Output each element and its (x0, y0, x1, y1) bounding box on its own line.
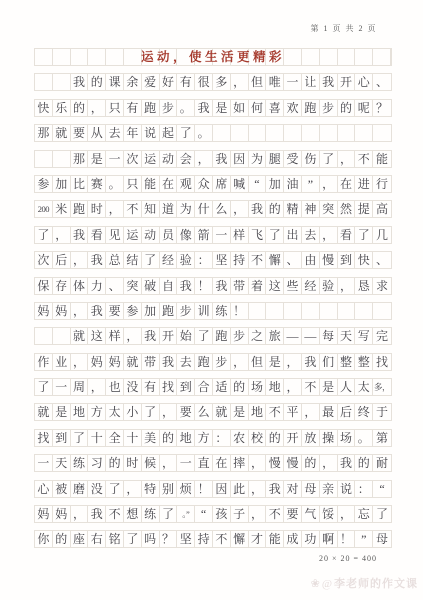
grid-cell: 动 (142, 227, 160, 243)
grid-cell: 候 (142, 455, 160, 471)
grid-cell: 着 (249, 278, 267, 294)
grid-cell: 亲 (320, 481, 338, 497)
grid-cell: 跑 (213, 328, 231, 344)
grid-cell: 我 (88, 303, 106, 319)
grid-cell: 油 (284, 176, 302, 192)
grid-cell: 验 (177, 252, 195, 268)
grid-cell: 看 (88, 227, 106, 243)
grid-cell: ， (231, 74, 249, 90)
essay-text-row: 那是一次运动会，我因为腿受伤了，不能 (34, 150, 392, 168)
grid-cell: 唯 (266, 74, 284, 90)
grid-cell: 一 (53, 379, 71, 395)
grid-cell: 起 (160, 125, 178, 141)
grid-cell: 我 (195, 100, 213, 116)
grid-cell: 但 (249, 354, 267, 370)
grid-cell: 场 (249, 379, 267, 395)
grid-cell: 由 (302, 252, 320, 268)
grid-cell: 就 (71, 328, 89, 344)
grid-cell: 我 (177, 278, 195, 294)
grid-cell: 了 (266, 227, 284, 243)
grid-cell: 是 (213, 100, 231, 116)
grid-cell (302, 125, 320, 141)
grid-cell: 要 (71, 125, 89, 141)
grid-cell: 是 (231, 404, 249, 420)
grid-cell: 到 (177, 379, 195, 395)
grid-cell: 跑 (302, 100, 320, 116)
composition-grid: 运动，使生活更精彩我的课余爱好有很多，但唯一让我开心、快乐的，只有跑步。我是如何… (34, 48, 392, 548)
grid-cell: 突 (320, 201, 338, 217)
grid-cell: 步 (231, 328, 249, 344)
grid-cell: 就 (124, 354, 142, 370)
grid-cell: 我 (213, 278, 231, 294)
grid-cell: 一 (106, 151, 124, 167)
grid-cell: ， (124, 481, 142, 497)
grid-cell: 摔 (231, 455, 249, 471)
grid-cell: ： (195, 252, 213, 268)
grid-cell: 平 (284, 404, 302, 420)
grid-cell: ， (284, 379, 302, 395)
grid-cell (213, 125, 231, 141)
grid-cell (320, 303, 338, 319)
essay-text-row: 200米跑时，不知道为什么，我的精神突然提高 (34, 200, 392, 218)
grid-cell: 次 (35, 252, 53, 268)
grid-cell: 比 (71, 176, 89, 192)
grid-cell: 开 (284, 430, 302, 446)
grid-cell: 我 (71, 227, 89, 243)
grid-cell: 有 (124, 100, 142, 116)
grid-cell: 习 (88, 455, 106, 471)
grid-cell: 作 (35, 354, 53, 370)
grid-cell: — (284, 328, 302, 344)
grid-cell: 会 (177, 151, 195, 167)
grid-cell: 为 (249, 151, 267, 167)
grid-cell: 员 (160, 227, 178, 243)
grid-cell: 也 (106, 379, 124, 395)
grid-cell: 在 (213, 455, 231, 471)
grid-cell: 一 (177, 455, 195, 471)
grid-cell (35, 74, 53, 90)
grid-cell: 对 (284, 481, 302, 497)
grid-cell: 带 (231, 278, 249, 294)
grid-cell: ， (249, 481, 267, 497)
grid-cell: 行 (373, 176, 391, 192)
flower-icon: ❀ (311, 578, 321, 590)
grid-cell: 、 (373, 252, 391, 268)
grid-cell: 要 (106, 303, 124, 319)
grid-cell: 恳 (355, 278, 373, 294)
grid-cell: 快 (355, 252, 373, 268)
grid-cell: 太 (355, 379, 373, 395)
grid-cell: 母 (302, 481, 320, 497)
grid-cell: 是 (266, 354, 284, 370)
grid-cell: 什 (195, 201, 213, 217)
grid-cell: ， (71, 252, 89, 268)
grid-cell (35, 328, 53, 344)
grid-cell: 懈 (266, 252, 284, 268)
grid-cell: 了 (35, 227, 53, 243)
grid-cell (284, 303, 302, 319)
grid-cell (53, 74, 71, 90)
grid-cell: 成 (284, 531, 302, 547)
grid-cell: ， (160, 404, 178, 420)
grid-cell: 何 (249, 100, 267, 116)
grid-cell: 慢 (320, 252, 338, 268)
grid-cell: 们 (320, 354, 338, 370)
grid-cell: 练 (213, 303, 231, 319)
grid-cell: 完 (373, 328, 391, 344)
grid-cell: 么 (213, 201, 231, 217)
grid-cell: 始 (177, 328, 195, 344)
grid-cell: 我 (71, 74, 89, 90)
grid-cell: 出 (284, 227, 302, 243)
grid-cell: 周 (71, 379, 89, 395)
grid-cell: 心 (355, 74, 373, 90)
grid-cell: 放 (302, 430, 320, 446)
grid-cell: ， (320, 176, 338, 192)
grid-cell: 了 (142, 252, 160, 268)
grid-cell: 懈 (231, 531, 249, 547)
grid-cell: 课 (106, 74, 124, 90)
grid-cell: 知 (142, 201, 160, 217)
grid-cell: 赛 (88, 176, 106, 192)
grid-cell: 带 (142, 354, 160, 370)
grid-cell (266, 125, 284, 141)
grid-cell: 慢 (266, 455, 284, 471)
grid-cell: 。 (106, 176, 124, 192)
grid-cell: ， (338, 278, 356, 294)
grid-cell: 经 (302, 278, 320, 294)
grid-cell: 神 (302, 201, 320, 217)
grid-cell: 到 (53, 430, 71, 446)
grid-cell: 不 (106, 506, 124, 522)
grid-cell: 天 (338, 328, 356, 344)
grid-cell: 总 (106, 252, 124, 268)
grid-cell: 保 (35, 278, 53, 294)
grid-cell: 、 (106, 278, 124, 294)
grid-cell: 子 (231, 506, 249, 522)
grid-cell: 腿 (266, 151, 284, 167)
grid-cell: ， (71, 506, 89, 522)
grid-cell: 后 (338, 404, 356, 420)
grid-cell: 能 (142, 176, 160, 192)
grid-cell: 持 (231, 252, 249, 268)
grid-cell: 太 (106, 404, 124, 420)
grid-cell: 步 (320, 100, 338, 116)
grid-cell: 十 (124, 430, 142, 446)
grid-cell (373, 125, 391, 141)
grid-cell: 看 (338, 227, 356, 243)
grid-cell (249, 125, 267, 141)
grid-cell: ， (88, 379, 106, 395)
grid-cell: 加 (53, 176, 71, 192)
grid-cell: 直 (195, 455, 213, 471)
grid-cell: ， (195, 151, 213, 167)
essay-text-row: 心被磨没了，特别烦！因此，我对母亲说：“ (34, 480, 392, 498)
grid-cell: 自 (160, 278, 178, 294)
grid-cell: 小 (124, 404, 142, 420)
grid-cell: 我 (142, 328, 160, 344)
grid-cell: 样 (231, 227, 249, 243)
grid-cell: 从 (88, 125, 106, 141)
essay-text-row: 找到了十全十美的地方：农校的开放操场。第 (34, 429, 392, 447)
grid-cell: 的 (266, 201, 284, 217)
grid-cell (35, 151, 53, 167)
grid-cell: 这 (266, 278, 284, 294)
grid-cell: 喜 (266, 100, 284, 116)
grid-cell: 到 (338, 252, 356, 268)
grid-cell: 的 (88, 74, 106, 90)
grid-cell: 了 (320, 151, 338, 167)
grid-cell: 了 (71, 430, 89, 446)
grid-cell: 我 (88, 506, 106, 522)
grid-cell: 跑 (160, 303, 178, 319)
grid-cell: 在 (338, 176, 356, 192)
grid-cell: 的 (338, 100, 356, 116)
grid-cell: 妈 (35, 303, 53, 319)
grid-cell: 经 (160, 252, 178, 268)
grid-cell (355, 125, 373, 141)
grid-cell: 别 (160, 481, 178, 497)
grid-cell: 妈 (53, 303, 71, 319)
grid-cell: 被 (53, 481, 71, 497)
grid-cell: 我 (88, 252, 106, 268)
essay-title: 运动，使生活更精彩 (35, 49, 391, 67)
grid-cell: 只 (124, 176, 142, 192)
grid-cell: ， (71, 303, 89, 319)
grid-cell: 座 (71, 531, 89, 547)
grid-cell: 后 (53, 252, 71, 268)
grid-cell: 功 (302, 531, 320, 547)
grid-cell: 那 (71, 151, 89, 167)
grid-cell: 箭 (195, 227, 213, 243)
grid-cell: 十 (88, 430, 106, 446)
grid-cell: ， (106, 201, 124, 217)
grid-cell: 找 (160, 379, 178, 395)
grid-cell: 场 (338, 430, 356, 446)
grid-cell: 于 (373, 404, 391, 420)
grid-cell: 的 (53, 531, 71, 547)
grid-cell: 好 (160, 74, 178, 90)
grid-cell: 慢 (284, 455, 302, 471)
grid-cell: 参 (35, 176, 53, 192)
grid-cell: 有 (142, 379, 160, 395)
grid-cell: 了 (35, 379, 53, 395)
grid-cell: 米 (53, 201, 71, 217)
grid-cell: 妈 (106, 354, 124, 370)
grid-cell: 席 (213, 176, 231, 192)
grid-cell: 忘 (355, 506, 373, 522)
grid-cell: 我 (249, 201, 267, 217)
grid-cell: 突 (124, 278, 142, 294)
grid-cell: 参 (124, 303, 142, 319)
grid-cell: 动 (160, 151, 178, 167)
grid-cell: 母 (373, 531, 391, 547)
grid-cell: 几 (373, 227, 391, 243)
grid-cell: 是 (53, 404, 71, 420)
grid-cell: 就 (35, 404, 53, 420)
grid-cell: 我 (213, 151, 231, 167)
grid-cell: 进 (355, 176, 373, 192)
essay-text-row: 我的课余爱好有很多，但唯一让我开心、 (34, 73, 392, 91)
grid-cell: ！ (195, 481, 213, 497)
grid-cell: 啊 (320, 531, 338, 547)
grid-cell: 的 (106, 455, 124, 471)
essay-text-row: 次后，我总结了经验：坚持不懈、由慢到快、 (34, 251, 392, 269)
grid-cell: 观 (177, 176, 195, 192)
grid-cell: 说 (142, 125, 160, 141)
grid-cell: 能 (266, 531, 284, 547)
grid-cell: 坚 (213, 252, 231, 268)
grid-cell: ， (302, 404, 320, 420)
essay-text-row: 快乐的，只有跑步。我是如何喜欢跑步的呢？ (34, 99, 392, 117)
grid-cell: 去 (177, 354, 195, 370)
grid-cell: 样 (106, 328, 124, 344)
at-icon: @ (322, 578, 333, 590)
essay-title-row: 运动，使生活更精彩 (34, 48, 392, 66)
grid-cell: ， (320, 455, 338, 471)
grid-cell: 飞 (249, 227, 267, 243)
grid-cell: 不 (213, 531, 231, 547)
grid-cell: 些 (284, 278, 302, 294)
grid-cell: 了 (106, 481, 124, 497)
grid-cell: 运 (124, 227, 142, 243)
grid-cell: 因 (231, 151, 249, 167)
grid-cell: 的 (302, 455, 320, 471)
grid-cell: ？ (373, 100, 391, 116)
grid-cell: 操 (320, 430, 338, 446)
grid-cell: ， (124, 328, 142, 344)
grid-cell: 没 (124, 379, 142, 395)
grid-cell: 校 (249, 430, 267, 446)
grid-cell: 在 (160, 176, 178, 192)
grid-cell: 我 (160, 354, 178, 370)
grid-cell: 时 (124, 455, 142, 471)
grid-cell: 磨 (71, 481, 89, 497)
grid-cell: 找 (373, 354, 391, 370)
grid-cell: ！ (195, 278, 213, 294)
grid-cell: 道 (160, 201, 178, 217)
grid-cell: 破 (142, 278, 160, 294)
grid-cell: 一 (284, 74, 302, 90)
grid-cell: 我 (320, 74, 338, 90)
grid-cell: ， (320, 227, 338, 243)
grid-cell: 整 (338, 354, 356, 370)
grid-cell: 这 (88, 328, 106, 344)
grid-cell: 跑 (142, 100, 160, 116)
grid-cell: 开 (338, 74, 356, 90)
grid-cell: 不 (266, 404, 284, 420)
grid-cell: 了 (355, 227, 373, 243)
grid-cell: 特 (142, 481, 160, 497)
grid-cell: 伤 (302, 151, 320, 167)
grid-cell: ， (231, 354, 249, 370)
grid-cell: 一 (35, 455, 53, 471)
grid-cell: 欢 (284, 100, 302, 116)
grid-cell (231, 125, 249, 141)
grid-cell: 人 (338, 379, 356, 395)
grid-cell: 我 (302, 354, 320, 370)
grid-cell: 了 (177, 125, 195, 141)
grid-cell: 不 (302, 379, 320, 395)
grid-cell: 多 (213, 74, 231, 90)
essay-text-row: 你的座右铭了吗？坚持不懈才能成功啊！”母 (34, 530, 392, 548)
essay-text-row: 那就要从去年说起了。 (34, 124, 392, 142)
page-number-label: 第 1 页 共 2 页 (311, 23, 378, 34)
grid-cell: ， (338, 151, 356, 167)
grid-cell (338, 125, 356, 141)
essay-text-row: 参加比赛。只能在观众席喊“加油”，在进行 (34, 175, 392, 193)
grid-cell: 像 (177, 227, 195, 243)
grid-cell (302, 303, 320, 319)
grid-cell: 次 (124, 151, 142, 167)
grid-cell: “ (373, 481, 391, 497)
grid-cell: 时 (88, 201, 106, 217)
grid-cell: 爱 (142, 74, 160, 90)
grid-cell: 是 (320, 379, 338, 395)
grid-cell: 如 (231, 100, 249, 116)
grid-cell: 坚 (177, 531, 195, 547)
grid-cell (284, 125, 302, 141)
essay-text-row: 保存体力、突破自我！我带着这些经验，恳求 (34, 277, 392, 295)
grid-cell: 就 (213, 404, 231, 420)
composition-page: 第 1 页 共 2 页 运动，使生活更精彩我的课余爱好有很多，但唯一让我开心、快… (0, 0, 423, 600)
grid-cell (53, 328, 71, 344)
grid-cell: 铭 (106, 531, 124, 547)
grid-cell: ， (71, 354, 89, 370)
grid-cell (320, 125, 338, 141)
grid-cell: 写 (355, 328, 373, 344)
grid-cell: 受 (284, 151, 302, 167)
grid-cell: 步 (160, 100, 178, 116)
grid-cell: 。 (177, 100, 195, 116)
grid-cell: ！ (338, 531, 356, 547)
grid-cell: 全 (106, 430, 124, 446)
grid-cell: 整 (355, 354, 373, 370)
grid-cell: 喊 (231, 176, 249, 192)
grid-cell: 最 (320, 404, 338, 420)
essay-text-row: 妈妈，我不想练了。”“孩子，不要气馁，忘了 (34, 505, 392, 523)
grid-cell: 的 (71, 100, 89, 116)
grid-cell: 合 (195, 379, 213, 395)
grid-cell: 。” (177, 506, 195, 522)
grid-cell: 不 (355, 151, 373, 167)
grid-cell: 妈 (53, 506, 71, 522)
grid-cell: 美 (142, 430, 160, 446)
grid-cell: 妈 (35, 506, 53, 522)
grid-cell: 此 (231, 481, 249, 497)
grid-cell: 才 (249, 531, 267, 547)
grid-cell: 乐 (53, 100, 71, 116)
grid-cell: ， (338, 506, 356, 522)
grid-cell: 存 (53, 278, 71, 294)
grid-cell: 跑 (71, 201, 89, 217)
grid-cell: 的 (160, 430, 178, 446)
grid-cell: 吗 (142, 531, 160, 547)
grid-cell: 妈 (88, 354, 106, 370)
grid-cell: 验 (320, 278, 338, 294)
grid-cell: ” (355, 531, 373, 547)
grid-cell: 找 (35, 430, 53, 446)
grid-cell: 呢 (355, 100, 373, 116)
grid-cell: 地 (266, 379, 284, 395)
grid-cell: 因 (213, 481, 231, 497)
grid-cell: 加 (142, 303, 160, 319)
grid-cell: 方 (195, 430, 213, 446)
grid-cell: ， (231, 201, 249, 217)
grid-size-note: 20 × 20 = 400 (319, 554, 377, 563)
grid-cell: 高 (373, 201, 391, 217)
grid-cell: ， (284, 354, 302, 370)
